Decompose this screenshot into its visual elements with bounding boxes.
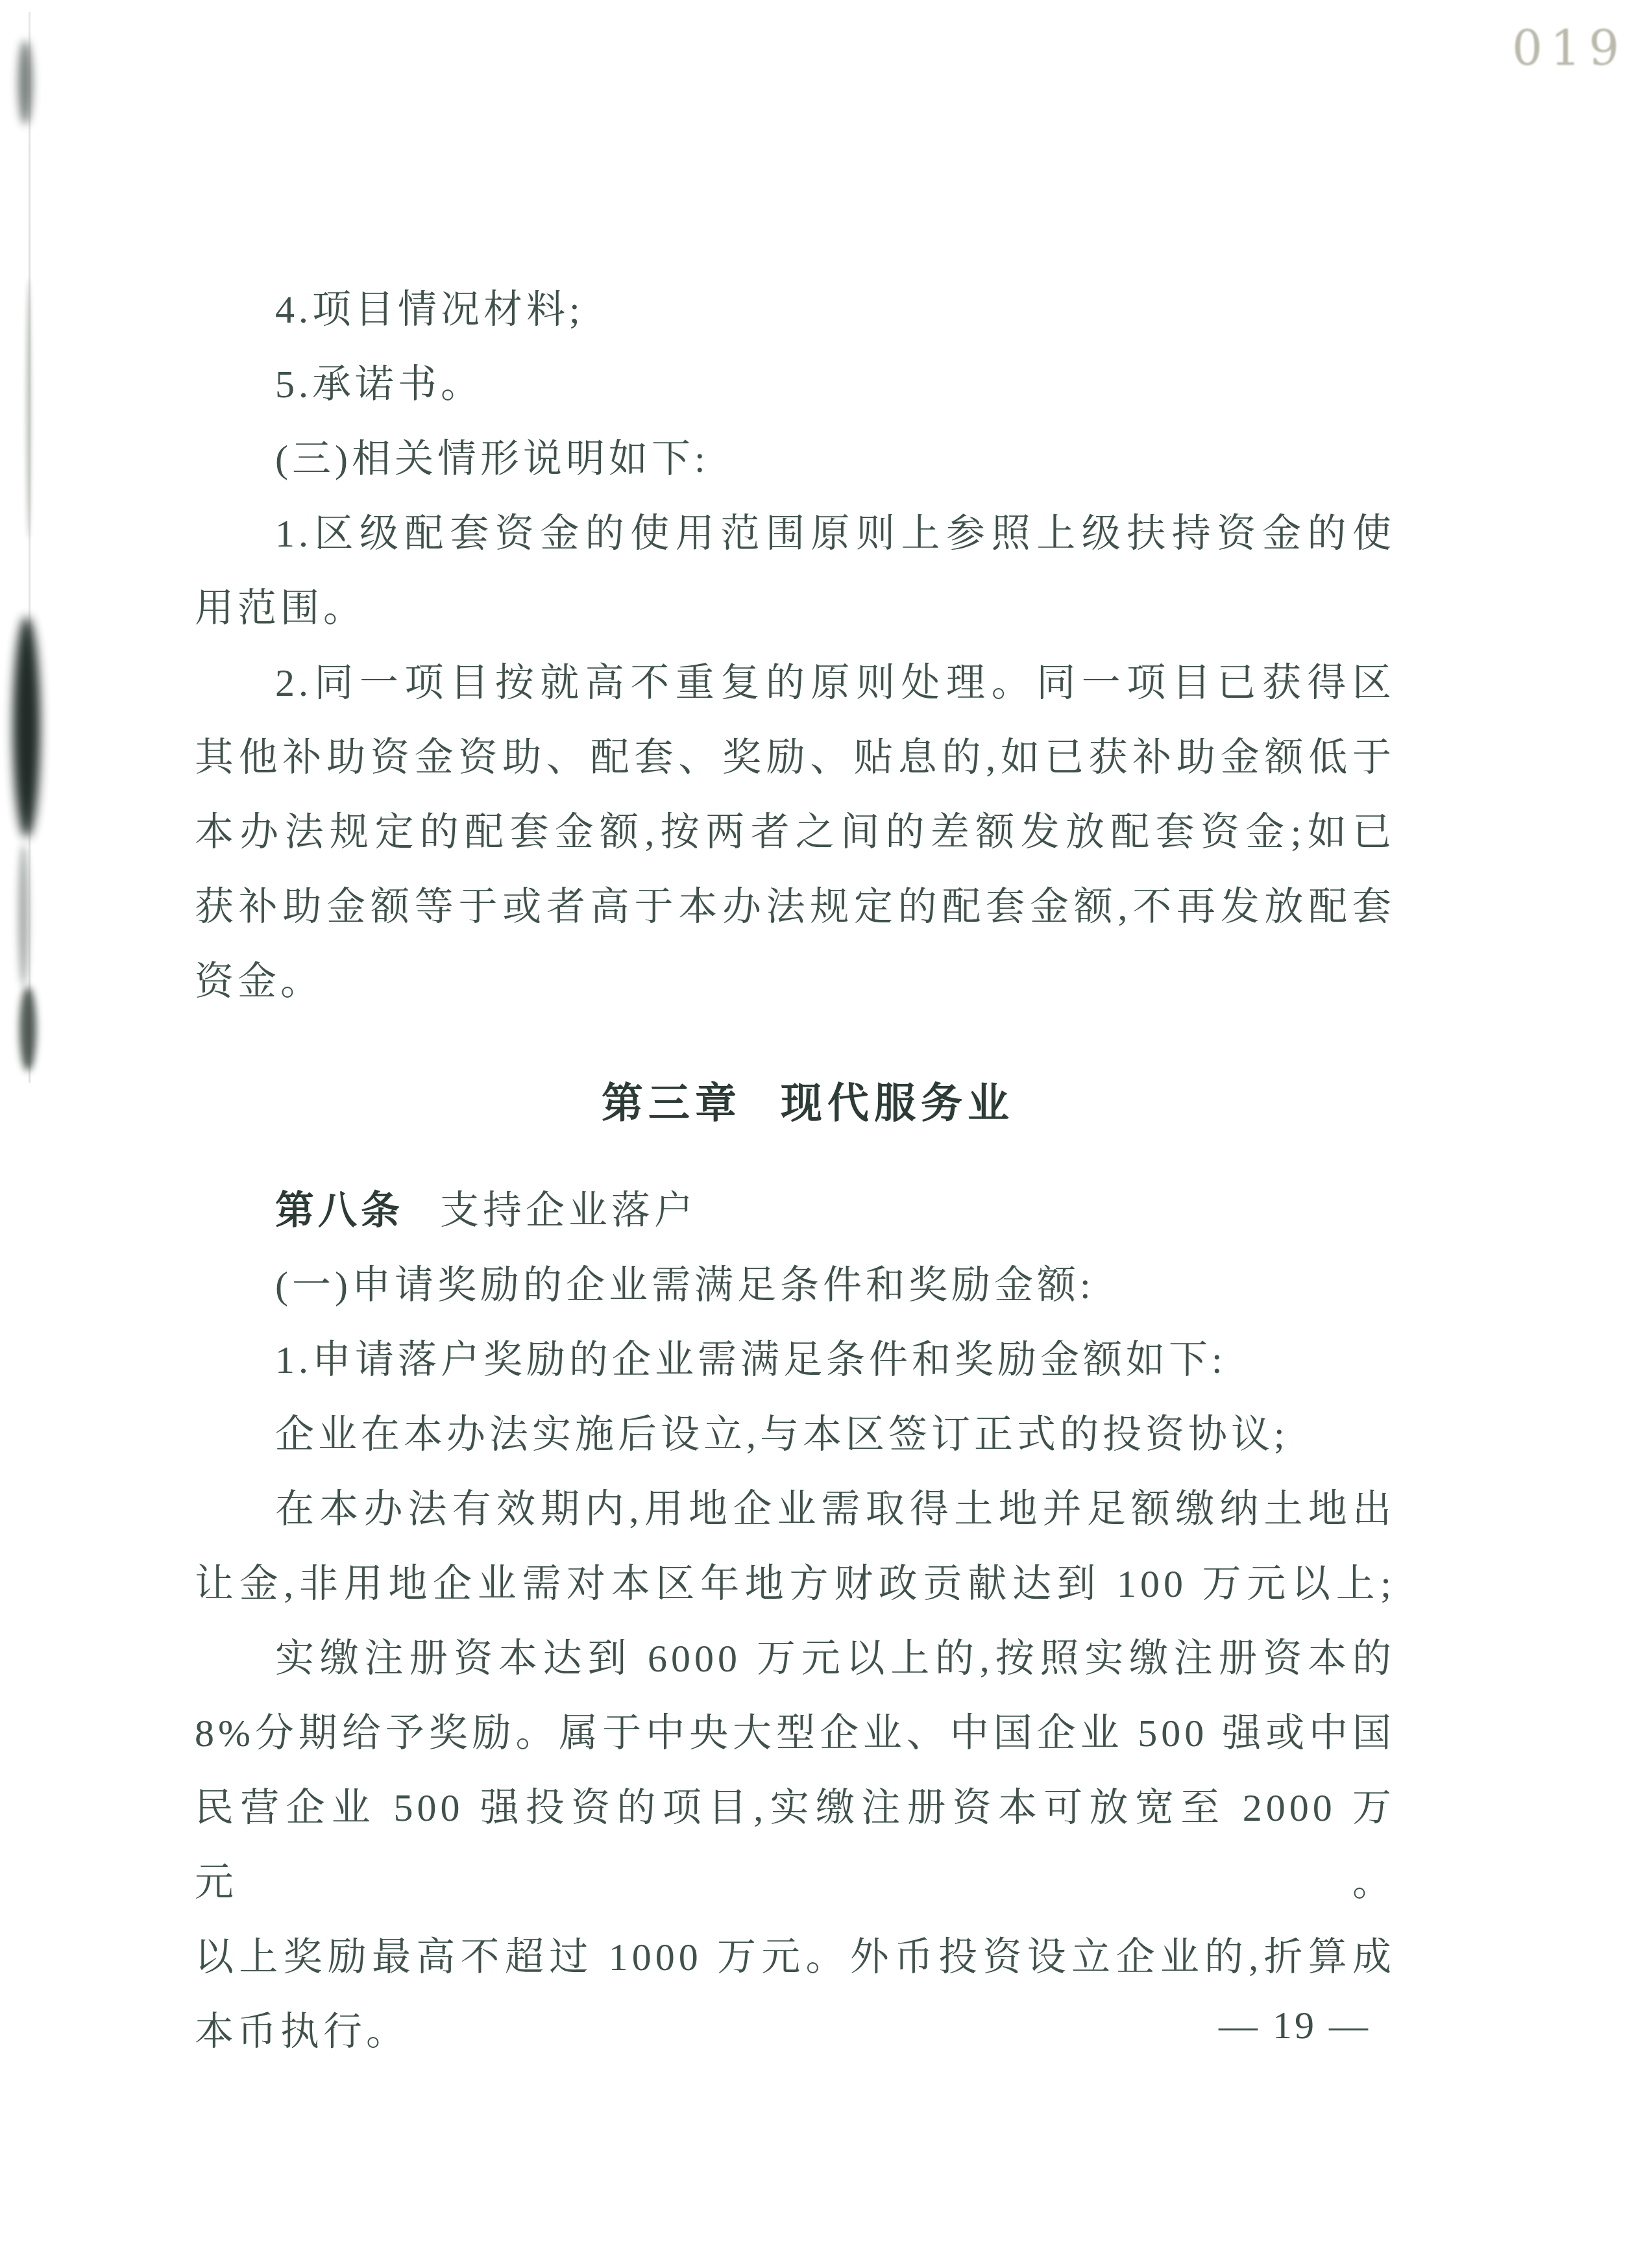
- text-line: 实缴注册资本达到 6000 万元以上的,按照实缴注册资本的: [195, 1621, 1395, 1696]
- scan-artifact: [26, 279, 31, 539]
- text-line: (三)相关情形说明如下:: [195, 422, 1395, 497]
- footer-page-number: — 19 —: [1219, 2003, 1371, 2048]
- scan-artifact: [19, 987, 36, 1071]
- text-line: 1.申请落户奖励的企业需满足条件和奖励金额如下:: [195, 1323, 1395, 1398]
- stamped-page-number: 019: [1512, 21, 1627, 77]
- text-line: 2.同一项目按就高不重复的原则处理。同一项目已获得区: [195, 646, 1395, 721]
- text-line: 1.区级配套资金的使用范围原则上参照上级扶持资金的使: [195, 497, 1395, 571]
- chapter-heading: 第三章现代服务业: [195, 1066, 1395, 1140]
- scan-artifact: [18, 40, 32, 125]
- text-line: 获补助金额等于或者高于本办法规定的配套金额,不再发放配套: [195, 870, 1395, 944]
- article-number: 第八条: [275, 1189, 404, 1232]
- text-block: 4.项目情况材料;5.承诺书。(三)相关情形说明如下:1.区级配套资金的使用范围…: [195, 273, 1395, 2069]
- scan-artifact: [13, 617, 40, 837]
- text-line: 资金。: [195, 944, 1395, 1019]
- document-page: 019 4.项目情况材料;5.承诺书。(三)相关情形说明如下:1.区级配套资金的…: [0, 0, 1634, 2268]
- text-line: 在本办法有效期内,用地企业需取得土地并足额缴纳土地出: [195, 1472, 1395, 1547]
- text-line: 8%分期给予奖励。属于中央大型企业、中国企业 500 强或中国: [195, 1696, 1395, 1771]
- scan-artifact: [18, 844, 29, 987]
- text-line: 4.项目情况材料;: [195, 273, 1395, 347]
- text-line: 以上奖励最高不超过 1000 万元。外币投资设立企业的,折算成: [195, 1920, 1395, 1995]
- chapter-number: 第三章: [602, 1079, 742, 1126]
- scan-edge-line: [29, 12, 30, 1083]
- text-line: (一)申请奖励的企业需满足条件和奖励金额:: [195, 1248, 1395, 1323]
- text-line: 其他补助资金资助、配套、奖励、贴息的,如已获补助金额低于: [195, 721, 1395, 795]
- text-line: 民营企业 500 强投资的项目,实缴注册资本可放宽至 2000 万元。: [195, 1771, 1395, 1920]
- text-line: 第八条支持企业落户: [195, 1173, 1395, 1248]
- text-line: 让金,非用地企业需对本区年地方财政贡献达到 100 万元以上;: [195, 1547, 1395, 1621]
- text-line: 5.承诺书。: [195, 347, 1395, 422]
- text-line: 本币执行。: [195, 1995, 1395, 2069]
- text-line: 本办法规定的配套金额,按两者之间的差额发放配套资金;如已: [195, 795, 1395, 870]
- text-line: 企业在本办法实施后设立,与本区签订正式的投资协议;: [195, 1398, 1395, 1472]
- text-line: 用范围。: [195, 571, 1395, 646]
- chapter-title: 现代服务业: [781, 1079, 1014, 1126]
